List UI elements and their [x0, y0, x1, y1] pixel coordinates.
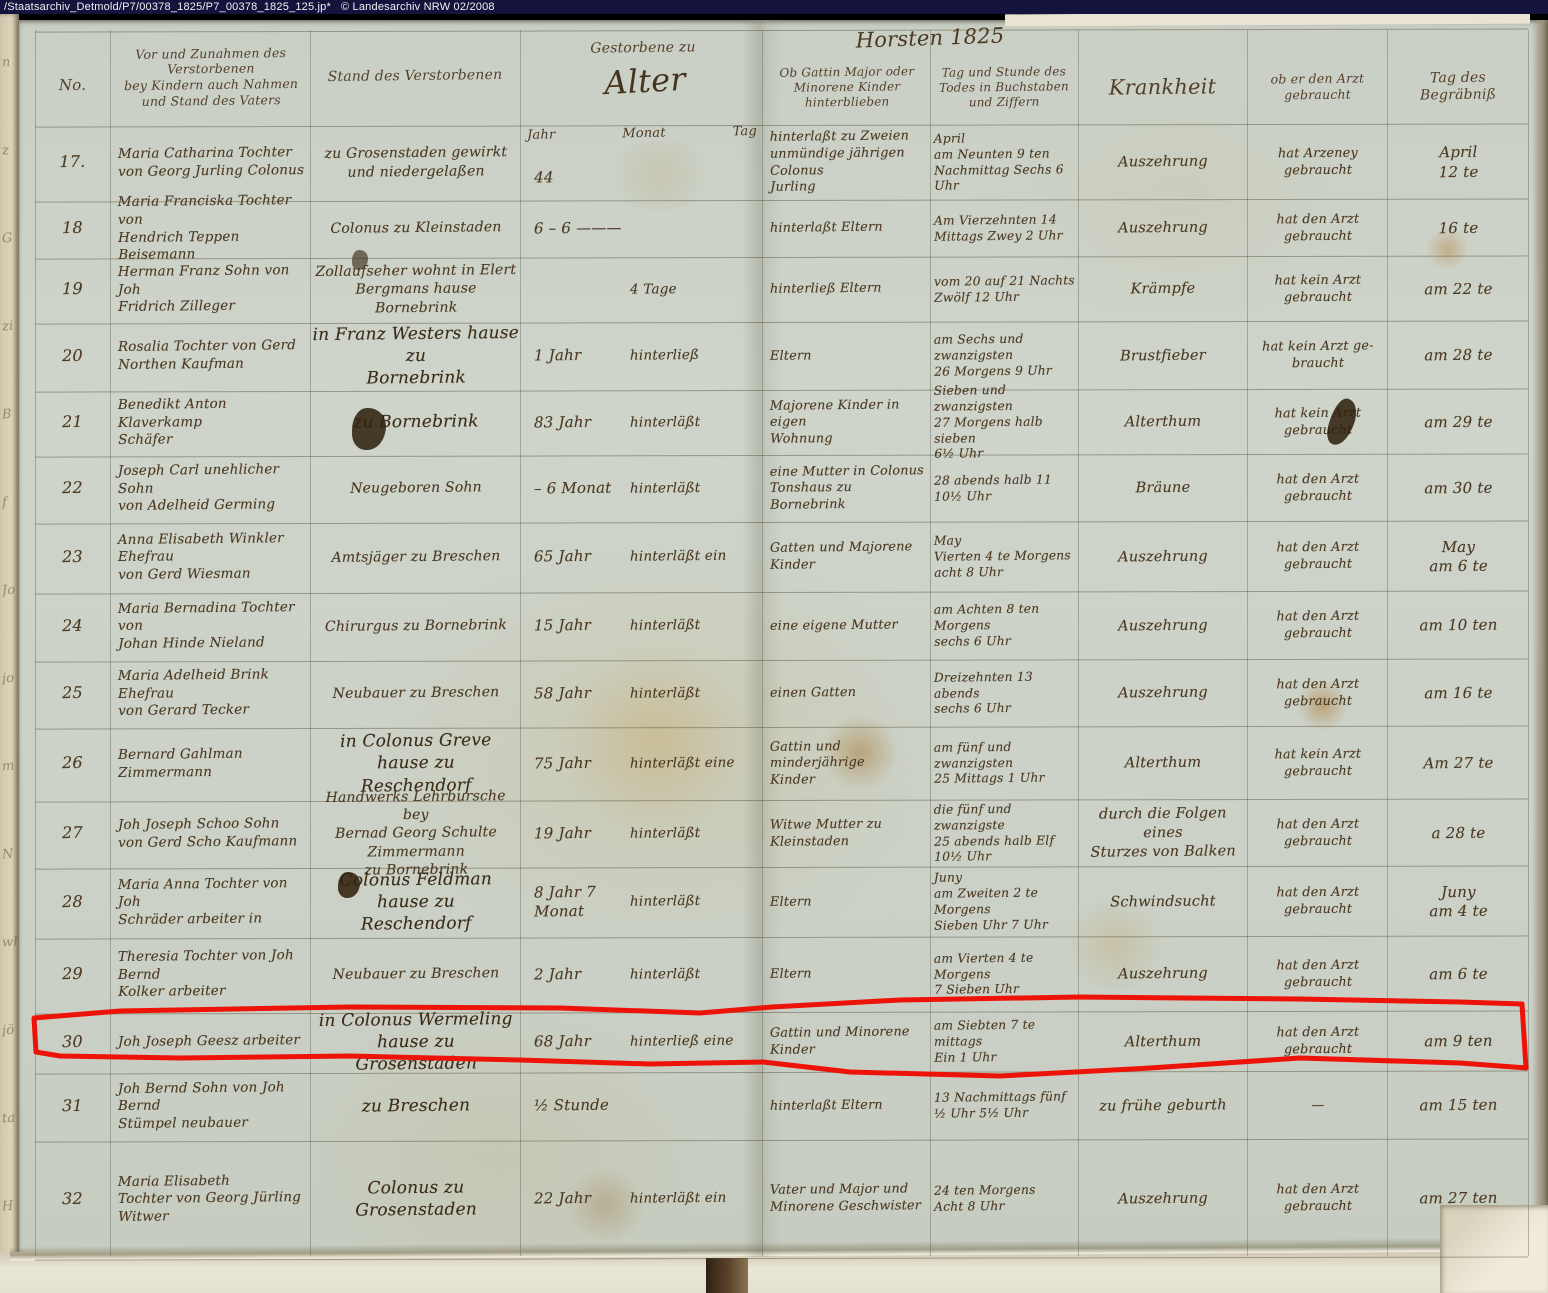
cell-illness: Schwindsucht — [1080, 866, 1247, 938]
cell-age: 83 Jahr — [524, 389, 633, 455]
cell-name: Joseph Carl unehlicher Sohn von Adelheid… — [112, 454, 311, 523]
cell-name: Joh Joseph Geesz arbeiter — [112, 1011, 311, 1073]
cell-doctor: hat den Arzt gebraucht — [1248, 1139, 1387, 1258]
cell-name: Maria Catharina Tochter von Georg Jurlin… — [112, 124, 311, 201]
cell-illness: Auszehrung — [1080, 936, 1247, 1013]
cell-stand: Colonus Feldman hause zu Reschendorf — [312, 866, 521, 938]
cell-stand: in Franz Westers hause zu Bornebrink — [312, 321, 521, 391]
cell-doctor: hat den Arzt gebraucht — [1249, 936, 1388, 1012]
cell-no: 28 — [35, 867, 111, 938]
cell-hinterl: hinterläßt — [630, 866, 761, 937]
table-row: 30Joh Joseph Geesz arbeiterin Colonus We… — [0, 1012, 1548, 1072]
cell-age: 65 Jahr — [524, 521, 633, 592]
cell-age: 8 Jahr 7 Monat — [524, 866, 633, 937]
cell-stand: Chirurgus zu Bornebrink — [312, 591, 521, 661]
cell-stand: Zollaufseher wohnt in Elert Bergmans hau… — [312, 256, 521, 323]
cell-time: die fünf und zwanzigste 25 abends halb E… — [930, 799, 1079, 868]
table-row: 22Joseph Carl unehlicher Sohn von Adelhe… — [0, 455, 1548, 522]
column-header-name: Vor und Zunahmen des Verstorbenen bey Ki… — [111, 33, 310, 121]
cell-stand: zu Breschen — [312, 1071, 521, 1141]
viewer-title-bar: /Staatsarchiv_Detmold/P7/00378_1825/P7_0… — [0, 0, 1548, 14]
cell-hinterl: hinterläßt — [630, 659, 761, 727]
cell-doctor: hat kein Arzt gebraucht — [1249, 726, 1388, 800]
table-row: 23Anna Elisabeth Winkler Ehefrau von Ger… — [0, 522, 1548, 592]
cell-survivors: Gattin und Minorene Kinder — [766, 1011, 929, 1073]
cell-doctor: hat den Arzt gebraucht — [1249, 199, 1388, 257]
cell-survivors: Gattin und minderjährige Kinder — [766, 726, 929, 801]
cell-doctor: hat den Arzt gebraucht — [1249, 866, 1388, 937]
cell-time: am Sechs und zwanzigsten 26 Morgens 9 Uh… — [930, 321, 1079, 391]
cell-name: Maria Bernadina Tochter von Johan Hinde … — [112, 591, 311, 661]
cell-no: 25 — [35, 660, 111, 728]
column-header-doctor: ob er den Arzt gebraucht — [1250, 51, 1386, 123]
cell-time: Dreizehnten 13 abends sechs 6 Uhr — [930, 659, 1079, 728]
cell-time: May Vierten 4 te Morgens acht 8 Uhr — [930, 521, 1079, 593]
cell-hinterl: hinterläßt ein — [630, 521, 761, 592]
cell-burial: am 29 te — [1389, 389, 1529, 455]
cell-name: Benedikt Anton Klaverkamp Schäfer — [112, 389, 311, 456]
cell-stand: zu Grosenstaden gewirkt und niedergelaße… — [312, 124, 521, 201]
image-path: /Staatsarchiv_Detmold/P7/00378_1825/P7_0… — [4, 0, 331, 14]
cell-illness: Brustfieber — [1080, 321, 1247, 391]
cell-no: 19 — [35, 257, 111, 323]
cell-doctor: hat kein Arzt gebraucht — [1249, 256, 1388, 322]
cell-burial: am 16 te — [1389, 659, 1529, 727]
column-header-no: No. — [35, 60, 111, 111]
cell-no: 24 — [35, 592, 111, 661]
table-row: 28Maria Anna Tochter von Joh Schräder ar… — [0, 867, 1548, 937]
cell-hinterl: hinterläßt — [630, 799, 761, 867]
cell-doctor: hat den Arzt gebraucht — [1249, 521, 1388, 592]
table-row: 17.Maria Catharina Tochter von Georg Jur… — [0, 125, 1548, 200]
cell-hinterl: hinterläßt eine — [630, 726, 761, 800]
cell-name: Anna Elisabeth Winkler Ehefrau von Gerd … — [112, 521, 311, 593]
cell-illness: Alterthum — [1080, 389, 1247, 456]
cell-survivors: Witwe Mutter zu Kleinstaden — [766, 799, 929, 868]
cell-stand: Handwerks Lehrbursche bey Bernad Georg S… — [312, 799, 521, 868]
cell-no: 23 — [35, 522, 111, 593]
cell-time: April am Neunten 9 ten Nachmittag Sechs … — [930, 124, 1079, 201]
cell-age: 1 Jahr — [524, 321, 633, 390]
cell-burial: Juny am 4 te — [1389, 866, 1529, 937]
cell-illness: Bräune — [1080, 454, 1247, 523]
cell-time: vom 20 auf 21 Nachts Zwölf 12 Uhr — [930, 256, 1079, 323]
cell-survivors: Eltern — [766, 321, 929, 391]
cell-age: 68 Jahr — [524, 1011, 633, 1072]
cell-no: 29 — [35, 937, 111, 1013]
cell-age: 22 Jahr — [523, 1139, 632, 1258]
cell-age: 19 Jahr — [524, 799, 633, 867]
cell-no: 18 — [35, 200, 111, 258]
table-row: 20Rosalia Tochter von Gerd Northen Kaufm… — [0, 322, 1548, 390]
cell-stand: Neubauer zu Breschen — [312, 936, 521, 1013]
cell-time: Juny am Zweiten 2 te Morgens Sieben Uhr … — [930, 866, 1079, 938]
cell-stand: Colonus zu Kleinstaden — [312, 199, 521, 258]
margin-fragment: n — [1, 54, 18, 70]
cell-illness: Alterthum — [1080, 726, 1247, 801]
cell-doctor: hat kein Arzt gebraucht — [1249, 389, 1388, 455]
cell-burial: am 28 te — [1389, 321, 1529, 390]
cell-no: 27 — [35, 800, 111, 868]
binding-shadow — [706, 1258, 748, 1293]
column-header-survivors: Ob Gattin Major oder Minorene Kinder hin… — [766, 51, 929, 123]
cell-name: Theresia Tochter von Joh Bernd Kolker ar… — [112, 936, 311, 1013]
cell-name: Maria Elisabeth Tochter von Georg Jürlin… — [111, 1139, 310, 1259]
table-row: 19Herman Franz Sohn von Joh Fridrich Zil… — [0, 257, 1548, 322]
cell-illness: Alterthum — [1080, 1011, 1247, 1073]
cell-illness: Auszehrung — [1080, 659, 1247, 728]
cell-burial: am 6 te — [1389, 936, 1529, 1012]
table-row: 31Joh Bernd Sohn von Joh Bernd Stümpel n… — [0, 1072, 1548, 1140]
cell-survivors: Majorene Kinder in eigen Wohnung — [766, 389, 929, 456]
cell-illness: Auszehrung — [1080, 124, 1247, 201]
cell-name: Herman Franz Sohn von Joh Fridrich Zille… — [112, 256, 311, 323]
cell-time: am Vierten 4 te Morgens 7 Sieben Uhr — [930, 936, 1079, 1013]
cell-no: 20 — [35, 322, 111, 391]
cell-hinterl: hinterließ eine — [630, 1011, 761, 1072]
cell-burial: Am 27 te — [1389, 726, 1529, 800]
cell-age: 2 Jahr — [524, 936, 633, 1012]
table-row: 27Joh Joseph Schoo Sohn von Gerd Scho Ka… — [0, 800, 1548, 867]
cell-burial: April 12 te — [1389, 124, 1529, 200]
cell-age: 58 Jahr — [524, 659, 633, 727]
cell-illness: zu frühe geburth — [1080, 1071, 1247, 1141]
column-header-time: Tag und Stunde des Todes in Buchstaben u… — [932, 51, 1077, 123]
cell-name: Maria Anna Tochter von Joh Schräder arbe… — [112, 866, 311, 938]
cell-time: 24 ten Morgens Acht 8 Uhr — [929, 1139, 1078, 1259]
cell-burial: May am 6 te — [1389, 521, 1529, 592]
cell-age: 44 — [524, 124, 633, 200]
cell-survivors: eine eigene Mutter — [766, 591, 929, 661]
copyright-label: © Landesarchiv NRW 02/2008 — [341, 0, 495, 14]
cell-hinterl: 4 Tage — [630, 256, 761, 322]
cell-illness: Auszehrung — [1079, 1139, 1246, 1259]
cell-age: ½ Stunde — [524, 1071, 633, 1140]
cell-no: 31 — [35, 1072, 111, 1141]
cell-doctor: hat kein Arzt ge- braucht — [1249, 321, 1388, 390]
cell-stand: Colonus zu Grosenstaden — [311, 1139, 520, 1259]
table-row: 29Theresia Tochter von Joh Bernd Kolker … — [0, 937, 1548, 1012]
cell-survivors: eine Mutter in Colonus Tonshaus zu Borne… — [766, 454, 929, 523]
cell-hinterl: hinterläßt — [630, 389, 761, 455]
cell-illness: Auszehrung — [1080, 199, 1247, 258]
cell-stand: in Colonus Wermeling hause zu Grosenstad… — [312, 1011, 521, 1073]
viewer-stage: No. Vor und Zunahmen des Verstorbenen be… — [0, 0, 1548, 1293]
cell-name: Maria Adelheid Brink Ehefrau von Gerard … — [112, 659, 311, 728]
cell-hinterl: hinterläßt — [630, 936, 761, 1012]
table-row: 24Maria Bernadina Tochter von Johan Hind… — [0, 592, 1548, 660]
cell-illness: Krämpfe — [1080, 256, 1247, 323]
cell-burial: am 9 ten — [1389, 1011, 1529, 1072]
cell-illness: Auszehrung — [1080, 591, 1247, 661]
cell-stand: zu Bornebrink — [312, 389, 521, 456]
cell-burial: 16 te — [1389, 199, 1529, 257]
cell-survivors: Gatten und Majorene Kinder — [766, 521, 929, 593]
cell-no: 21 — [35, 390, 111, 456]
cell-no: 22 — [35, 455, 111, 523]
cell-no: 26 — [35, 727, 111, 801]
cell-age: – 6 Monat — [524, 454, 633, 522]
cell-time: am Achten 8 ten Morgens sechs 6 Uhr — [930, 591, 1079, 661]
cell-name: Bernard Gahlman Zimmermann — [112, 726, 311, 801]
document-scan: No. Vor und Zunahmen des Verstorbenen be… — [0, 0, 1548, 1293]
cell-no: 30 — [35, 1012, 111, 1073]
cell-illness: Auszehrung — [1080, 521, 1247, 593]
cell-no: 32 — [34, 1140, 110, 1259]
cell-doctor: hat den Arzt gebraucht — [1249, 799, 1388, 867]
cell-hinterl: hinterließ — [630, 321, 761, 390]
table-row: 26Bernard Gahlman Zimmermannin Colonus G… — [0, 727, 1548, 800]
cell-survivors: hinterlaßt zu Zweien unmündige jährigen … — [766, 124, 929, 201]
cell-name: Maria Franciska Tochter von Hendrich Tep… — [112, 199, 311, 258]
cell-doctor: — — [1249, 1071, 1388, 1140]
column-header-stand: Stand des Verstorbenen — [311, 33, 518, 122]
cell-survivors: hinterlaßt Eltern — [766, 1071, 929, 1141]
cell-stand: Amtsjäger zu Breschen — [312, 521, 521, 593]
cell-time: Sieben und zwanzigsten 27 Morgens halb s… — [930, 389, 1079, 456]
cell-survivors: hinterlaßt Eltern — [766, 199, 929, 258]
cell-survivors: Eltern — [766, 866, 929, 938]
cell-burial: am 27 ten — [1388, 1139, 1528, 1258]
column-header-burial: Tag des Begräbniß — [1390, 51, 1527, 123]
table-row: 25Maria Adelheid Brink Ehefrau von Gerar… — [0, 660, 1548, 727]
cell-survivors: hinterließ Eltern — [766, 256, 929, 323]
table-row: 18Maria Franciska Tochter von Hendrich T… — [0, 200, 1548, 257]
cell-name: Rosalia Tochter von Gerd Northen Kaufman — [112, 321, 311, 391]
cell-age: 15 Jahr — [524, 591, 633, 660]
cell-time: 13 Nachmittags fünf ½ Uhr 5½ Uhr — [930, 1071, 1079, 1141]
cell-burial: am 15 ten — [1389, 1071, 1529, 1140]
cell-name: Joh Bernd Sohn von Joh Bernd Stümpel neu… — [112, 1071, 311, 1141]
cell-age: 75 Jahr — [524, 726, 633, 800]
cell-burial: am 22 te — [1389, 256, 1529, 322]
cell-doctor: hat den Arzt gebraucht — [1249, 454, 1388, 522]
column-header-illness: Krankheit — [1080, 51, 1246, 123]
table-row: 32Maria Elisabeth Tochter von Georg Jürl… — [0, 1140, 1548, 1258]
cell-survivors: Vater und Major und Minorene Geschwister — [765, 1139, 928, 1259]
cell-doctor: hat den Arzt gebraucht — [1249, 1011, 1388, 1072]
cell-age: 6 – 6 ——— — [524, 199, 633, 257]
cell-doctor: hat den Arzt gebraucht — [1249, 659, 1388, 727]
cell-time: am Siebten 7 te mittags Ein 1 Uhr — [930, 1011, 1079, 1073]
cell-doctor: hat Arzeney gebraucht — [1249, 124, 1388, 200]
table-row: 21Benedikt Anton Klaverkamp Schäferzu Bo… — [0, 390, 1548, 455]
cell-hinterl: hinterläßt — [630, 454, 761, 522]
cell-doctor: hat den Arzt gebraucht — [1249, 591, 1388, 660]
cell-survivors: Eltern — [766, 936, 929, 1013]
cell-hinterl: hinterläßt — [630, 591, 761, 660]
cell-burial: am 30 te — [1389, 454, 1529, 522]
cell-no: 17. — [35, 125, 111, 201]
cell-stand: Neugeboren Sohn — [312, 454, 521, 523]
cell-survivors: einen Gatten — [766, 659, 929, 728]
cell-burial: am 10 ten — [1389, 591, 1529, 660]
cell-time: Am Vierzehnten 14 Mittags Zwey 2 Uhr — [930, 199, 1079, 258]
cell-time: 28 abends halb 11 10½ Uhr — [930, 454, 1079, 523]
cell-stand: Neubauer zu Breschen — [312, 659, 521, 728]
cell-illness: durch die Folgen eines Sturzes von Balke… — [1080, 799, 1247, 868]
cell-burial: a 28 te — [1389, 799, 1529, 867]
cell-time: am fünf und zwanzigsten 25 Mittags 1 Uhr — [930, 726, 1079, 801]
cell-name: Joh Joseph Schoo Sohn von Gerd Scho Kauf… — [112, 799, 311, 868]
cell-hinterl: hinterläßt ein — [629, 1139, 760, 1258]
